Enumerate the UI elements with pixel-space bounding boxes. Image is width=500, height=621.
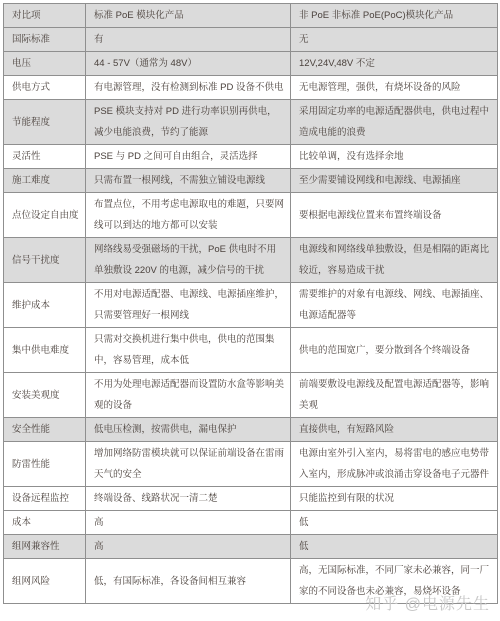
cell-item: 灵活性 — [4, 145, 86, 169]
cell-item: 组网兼容性 — [4, 535, 86, 559]
table-row: 点位设定自由度 布置点位，不用考虑电源取电的难题，只要网线可以到达的地方都可以安… — [4, 193, 498, 238]
cell-nonstandard: 低 — [291, 535, 498, 559]
cell-nonstandard: 只能监控到有限的状况 — [291, 487, 498, 511]
cell-standard: 布置点位，不用考虑电源取电的难题，只要网线可以到达的地方都可以安装 — [86, 193, 291, 238]
cell-standard: 增加网络防雷模块就可以保证前端设备在雷雨天气的安全 — [86, 442, 291, 487]
table-row: 供电方式 有电源管理，没有检测到标准 PD 设备不供电 无电源管理，强供，有烧坏… — [4, 76, 498, 100]
cell-nonstandard: 电源由室外引入室内，易将雷电的感应电势带入室内，形成脉冲或浪涌击穿设备电子元器件 — [291, 442, 498, 487]
cell-item: 维护成本 — [4, 283, 86, 328]
cell-nonstandard: 无电源管理，强供，有烧坏设备的风险 — [291, 76, 498, 100]
cell-item: 供电方式 — [4, 76, 86, 100]
table-row: 组网兼容性 高 低 — [4, 535, 498, 559]
cell-standard: 网络线易受强磁场的干扰，PoE 供电时不用单独敷设 220V 的电源，减少信号的… — [86, 238, 291, 283]
table-row: 安装美观度 不用为处理电源适配器而设置防水盒等影响美观的设备 前端要敷设电源线及… — [4, 373, 498, 418]
cell-nonstandard: 至少需要铺设网线和电源线、电源插座 — [291, 169, 498, 193]
cell-nonstandard: 要根据电源线位置来布置终端设备 — [291, 193, 498, 238]
cell-standard: 有电源管理，没有检测到标准 PD 设备不供电 — [86, 76, 291, 100]
table-row: 安全性能 低电压检测，按需供电，漏电保护 直接供电，有短路风险 — [4, 418, 498, 442]
comparison-table: 对比项 标准 PoE 模块化产品 非 PoE 非标准 PoE(PoC)模块化产品… — [3, 3, 498, 604]
cell-standard: 终端设备、线路状况一清二楚 — [86, 487, 291, 511]
cell-nonstandard: 无 — [291, 28, 498, 52]
cell-standard: 不用为处理电源适配器而设置防水盒等影响美观的设备 — [86, 373, 291, 418]
table-row: 成本 高 低 — [4, 511, 498, 535]
cell-nonstandard: 比较单调，没有选择余地 — [291, 145, 498, 169]
table-row: 集中供电难度 只需对交换机进行集中供电，供电的范围集中，容易管理，成本低 供电的… — [4, 328, 498, 373]
cell-nonstandard: 直接供电，有短路风险 — [291, 418, 498, 442]
cell-standard: 只需对交换机进行集中供电，供电的范围集中，容易管理，成本低 — [86, 328, 291, 373]
cell-item: 国际标准 — [4, 28, 86, 52]
cell-item: 点位设定自由度 — [4, 193, 86, 238]
cell-item: 节能程度 — [4, 100, 86, 145]
cell-standard: PSE 与 PD 之间可自由组合，灵活选择 — [86, 145, 291, 169]
cell-standard: 低电压检测，按需供电，漏电保护 — [86, 418, 291, 442]
cell-standard: 44 - 57V（通常为 48V） — [86, 52, 291, 76]
header-row: 对比项 标准 PoE 模块化产品 非 PoE 非标准 PoE(PoC)模块化产品 — [4, 4, 498, 28]
cell-nonstandard: 12V,24V,48V 不定 — [291, 52, 498, 76]
table-row: 国际标准 有 无 — [4, 28, 498, 52]
watermark: 知乎 @电源先生 — [365, 591, 490, 614]
cell-item: 电压 — [4, 52, 86, 76]
cell-nonstandard: 供电的范围宽广，要分散到各个终端设备 — [291, 328, 498, 373]
column-header-standard-poe: 标准 PoE 模块化产品 — [86, 4, 291, 28]
table-row: 防雷性能 增加网络防雷模块就可以保证前端设备在雷雨天气的安全 电源由室外引入室内… — [4, 442, 498, 487]
cell-standard: 只需布置一根网线，不需独立铺设电源线 — [86, 169, 291, 193]
table-row: 节能程度 PSE 模块支持对 PD 进行功率识别再供电，减少电能浪费，节约了能源… — [4, 100, 498, 145]
cell-standard: 不用对电源适配器、电源线、电源插座维护，只需要管理好一根网线 — [86, 283, 291, 328]
table-row: 维护成本 不用对电源适配器、电源线、电源插座维护，只需要管理好一根网线 需要维护… — [4, 283, 498, 328]
cell-nonstandard: 低 — [291, 511, 498, 535]
cell-item: 施工难度 — [4, 169, 86, 193]
cell-item: 安装美观度 — [4, 373, 86, 418]
cell-nonstandard: 前端要敷设电源线及配置电源适配器等，影响美观 — [291, 373, 498, 418]
cell-nonstandard: 需要维护的对象有电源线、网线、电源插座、电源适配器等 — [291, 283, 498, 328]
cell-standard: 低，有国际标准，各设备间相互兼容 — [86, 559, 291, 604]
cell-standard: 有 — [86, 28, 291, 52]
table-row: 设备远程监控 终端设备、线路状况一清二楚 只能监控到有限的状况 — [4, 487, 498, 511]
cell-nonstandard: 采用固定功率的电源适配器供电，供电过程中造成电能的浪费 — [291, 100, 498, 145]
cell-nonstandard: 电源线和网络线单独敷设，但是相隔的距离比较近，容易造成干扰 — [291, 238, 498, 283]
cell-item: 设备远程监控 — [4, 487, 86, 511]
cell-item: 成本 — [4, 511, 86, 535]
cell-item: 组网风险 — [4, 559, 86, 604]
cell-item: 防雷性能 — [4, 442, 86, 487]
cell-item: 信号干扰度 — [4, 238, 86, 283]
column-header-nonstandard-poe: 非 PoE 非标准 PoE(PoC)模块化产品 — [291, 4, 498, 28]
cell-standard: 高 — [86, 535, 291, 559]
cell-standard: PSE 模块支持对 PD 进行功率识别再供电，减少电能浪费，节约了能源 — [86, 100, 291, 145]
table-row: 施工难度 只需布置一根网线，不需独立铺设电源线 至少需要铺设网线和电源线、电源插… — [4, 169, 498, 193]
cell-standard: 高 — [86, 511, 291, 535]
table-row: 信号干扰度 网络线易受强磁场的干扰，PoE 供电时不用单独敷设 220V 的电源… — [4, 238, 498, 283]
cell-item: 集中供电难度 — [4, 328, 86, 373]
cell-item: 安全性能 — [4, 418, 86, 442]
table-row: 灵活性 PSE 与 PD 之间可自由组合，灵活选择 比较单调，没有选择余地 — [4, 145, 498, 169]
column-header-item: 对比项 — [4, 4, 86, 28]
table-row: 电压 44 - 57V（通常为 48V） 12V,24V,48V 不定 — [4, 52, 498, 76]
